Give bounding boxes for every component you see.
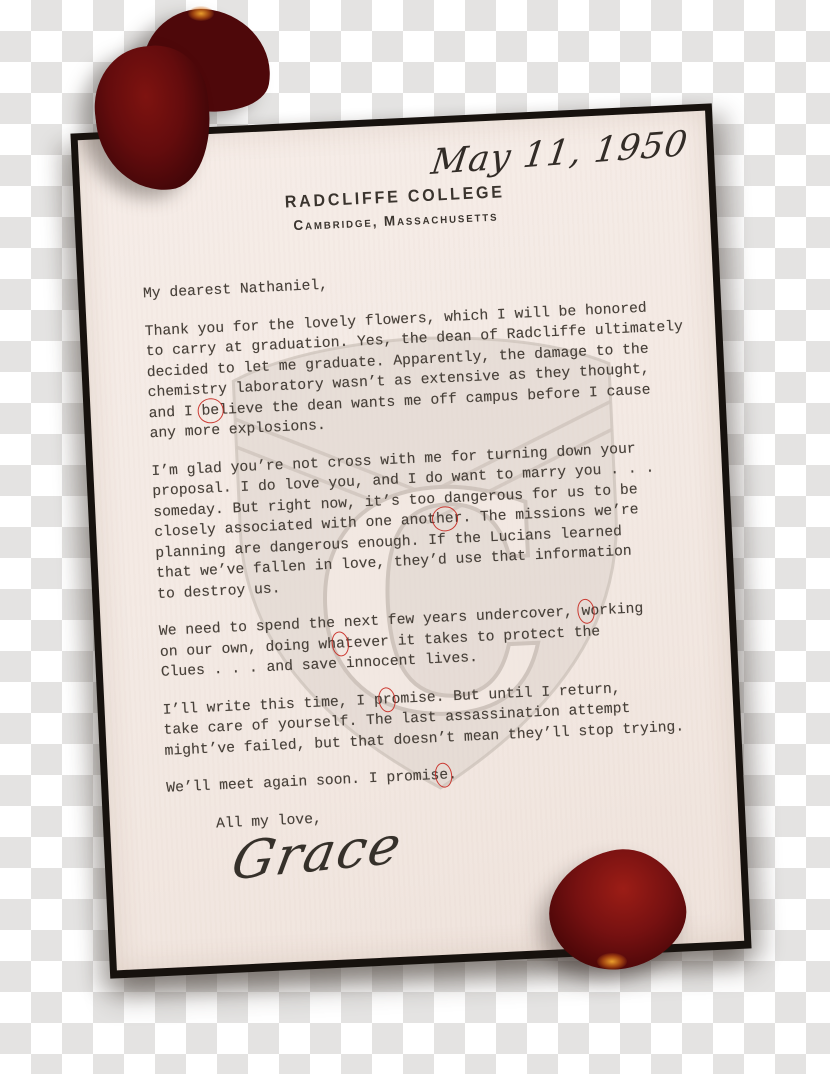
circled-letter: be: [201, 400, 220, 421]
signature: Grace: [231, 835, 404, 872]
letter-body: Thank you for the lovely flowers, which …: [144, 296, 718, 799]
paragraph: We need to spend the next few years unde…: [159, 596, 713, 683]
circled-letter: e: [439, 766, 449, 787]
letter-line: We’ll meet again soon. I promise.: [166, 753, 718, 799]
letter-body-wrap: My dearest Nathaniel, Thank you for the …: [143, 258, 723, 885]
paragraph: I’m glad you’re not cross with me for tu…: [151, 436, 709, 605]
paragraph: Thank you for the lovely flowers, which …: [144, 296, 701, 445]
text-segment: orking: [590, 601, 644, 619]
rose-petal-top-lower: [96, 46, 210, 191]
text-segment: and I: [148, 403, 202, 421]
page-canvas: { "document_type": "letter", "background…: [0, 0, 830, 1074]
backing-board: C May 11, 1950 RADCLIFFE COLLEGE Cambrid…: [70, 103, 751, 978]
date-text: May 11, 1950: [428, 124, 690, 183]
circled-letter: w: [581, 602, 591, 623]
paragraph: We’ll meet again soon. I promise.: [166, 753, 718, 799]
letter-content: May 11, 1950 RADCLIFFE COLLEGE Cambridge…: [78, 111, 744, 971]
salutation: My dearest Nathaniel,: [143, 258, 695, 304]
rose-petal-bottom-right: [549, 851, 685, 969]
petal-glint: [188, 6, 214, 21]
circled-letter: he: [436, 509, 455, 530]
circled-letter: r: [382, 690, 392, 711]
letter-paper: C May 11, 1950 RADCLIFFE COLLEGE Cambrid…: [78, 111, 744, 971]
paragraph: I’ll write this time, I promise. But unt…: [162, 674, 716, 761]
text-segment: We’ll meet again soon. I promis: [166, 768, 440, 797]
rose-petal-shape: [88, 40, 219, 198]
petal-glint: [597, 953, 627, 970]
text-segment: to destroy us.: [157, 581, 281, 603]
circled-letter: a: [336, 634, 346, 655]
